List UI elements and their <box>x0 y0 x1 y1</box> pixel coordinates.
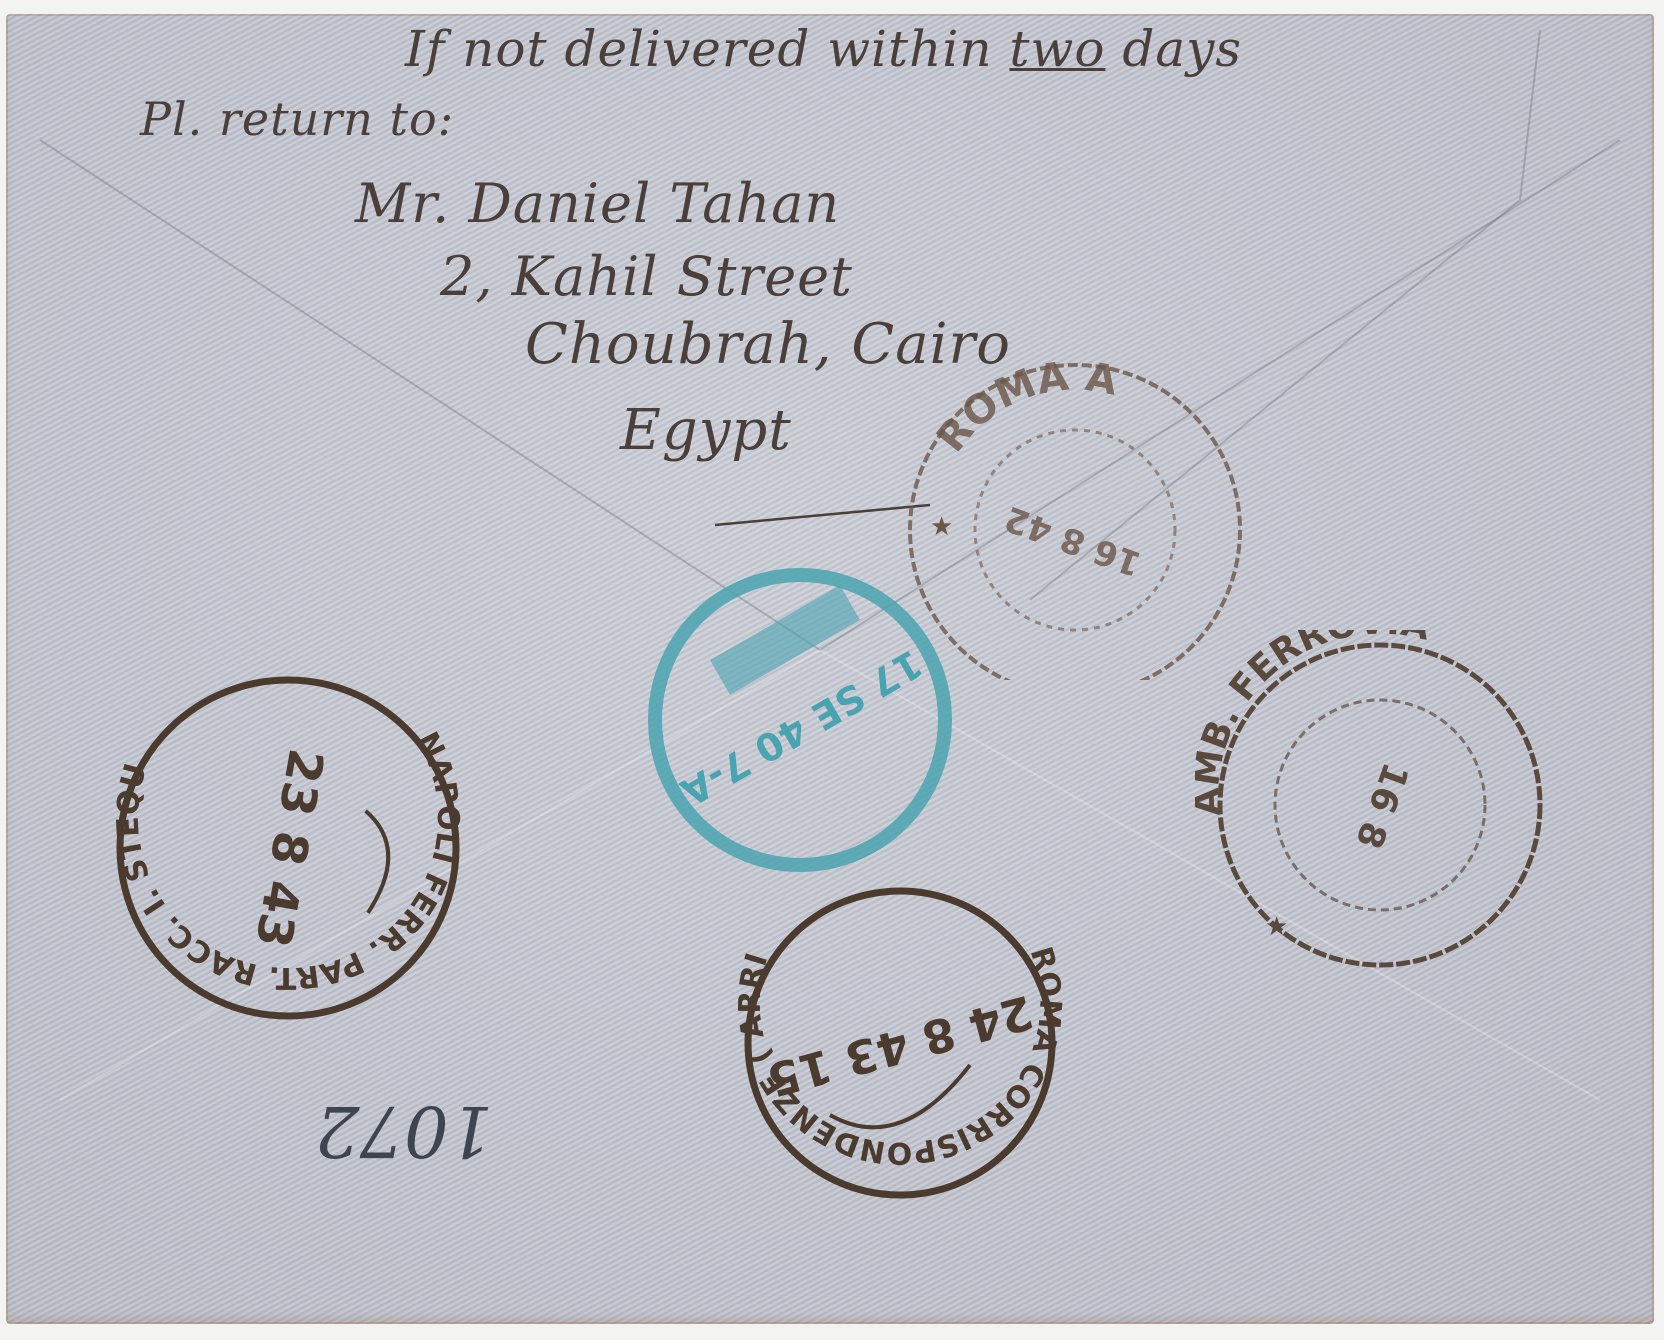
svg-text:24 8 43 15: 24 8 43 15 <box>762 985 1039 1108</box>
return-to-label: Pl. return to: <box>140 92 454 146</box>
svg-text:16 8: 16 8 <box>1347 757 1416 853</box>
postmark-ambulante-ferrovia: AMB. FERROVIA 16 8 ★ <box>1195 630 1565 980</box>
postmark-roma-corrispondenze: ROMA CORRISPONDENZE ( ARRIVI RACC.) 24 8… <box>730 885 1070 1205</box>
sender-street: 2, Kahil Street <box>440 245 853 308</box>
svg-text:★: ★ <box>1265 912 1288 942</box>
instruction-underlined: two <box>1009 20 1105 78</box>
sender-name: Mr. Daniel Tahan <box>355 172 840 235</box>
svg-text:★: ★ <box>930 512 953 542</box>
handwritten-instruction: If not delivered within two days <box>405 20 1242 78</box>
svg-text:16 8 42: 16 8 42 <box>999 498 1146 584</box>
instruction-pre: If not delivered within <box>405 20 1009 78</box>
instruction-post: days <box>1105 20 1242 78</box>
postmark-napoli: NAPOLI FERR. PART. RACC. I. STEQU 23 8 4… <box>108 668 468 1028</box>
reference-number: 1072 <box>315 1090 493 1172</box>
svg-text:ROMA A: ROMA A <box>928 360 1121 461</box>
sender-country: Egypt <box>620 398 792 463</box>
svg-text:23 8 43: 23 8 43 <box>244 745 334 952</box>
svg-text:17 SE 40 7-A: 17 SE 40 7-A <box>673 641 930 815</box>
postmark-censor-blue: 17 SE 40 7-A <box>640 560 970 890</box>
